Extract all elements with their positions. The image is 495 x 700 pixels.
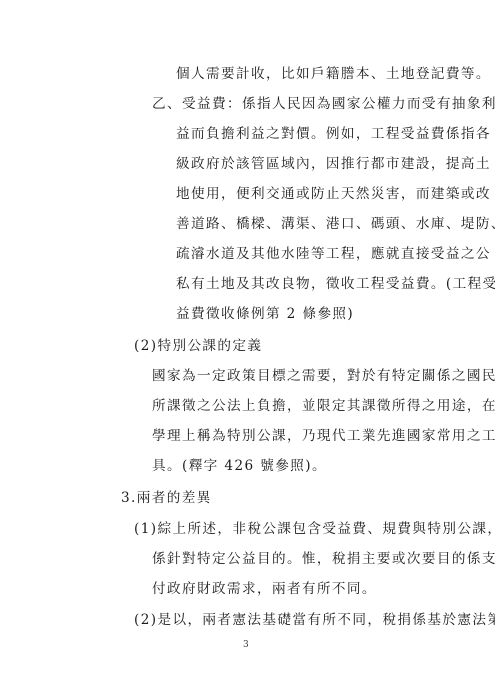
text-line: 益而負擔利益之對價。例如，工程受益費係指各 [176, 126, 491, 142]
text-line: 疏濬水道及其他水陸等工程，應就直接受益之公 [176, 246, 491, 262]
text-line: 付政府財政需求，兩者有所不同。 [152, 581, 377, 597]
text-line: 乙、受益費：係指人民因為國家公權力而受有抽象利 [152, 96, 495, 112]
text-line: (1)綜上所述，非稅公課包含受益費、規費與特別公課， [134, 521, 495, 537]
text-line: 所課徵之公法上負擔，並限定其課徵所得之用途，在 [152, 398, 495, 414]
text-line: 具。(釋字 426 號參照)。 [152, 458, 327, 474]
text-line: (2)是以，兩者憲法基礎當有所不同，稅捐係基於憲法第 [134, 612, 495, 628]
text-line: 善道路、橋樑、溝渠、港口、碼頭、水庫、堤防、 [176, 216, 495, 232]
text-line: 益費徵收條例第 2 條參照) [176, 306, 354, 322]
section-heading: 3.兩者的差異 [121, 490, 212, 506]
text-line: 係針對特定公益目的。惟，稅捐主要或次要目的係支 [152, 551, 495, 567]
section-heading: (2)特別公課的定義 [134, 338, 262, 354]
text-line: 私有土地及其改良物，徵收工程受益費。(工程受 [176, 276, 495, 292]
page-number: 3 [243, 640, 249, 650]
text-line: 學理上稱為特別公課，乃現代工業先進國家常用之工 [152, 428, 495, 444]
document-page: 個人需要計收，比如戶籍謄本、土地登記費等。 乙、受益費：係指人民因為國家公權力而… [0, 0, 495, 700]
text-line: 地使用，便利交通或防止天然災害，而建築或改 [176, 186, 491, 202]
text-line: 個人需要計收，比如戶籍謄本、土地登記費等。 [176, 66, 491, 82]
text-line: 國家為一定政策目標之需要，對於有特定關係之國民 [152, 368, 495, 384]
text-line: 級政府於該管區域內，因推行都市建設，提高土 [176, 156, 491, 172]
